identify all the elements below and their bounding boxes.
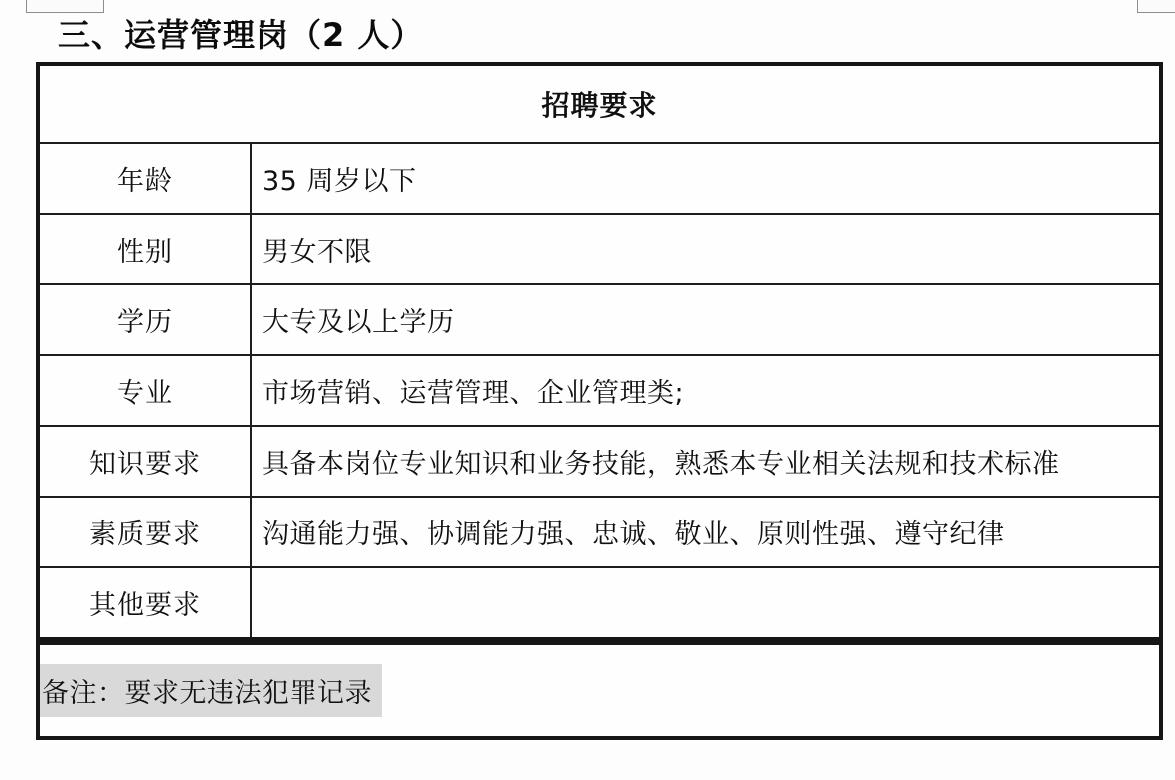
row-value-knowledge: 具备本岗位专业知识和业务技能，熟悉本专业相关法规和技术标准 [252,427,1159,496]
row-label-other: 其他要求 [40,568,252,637]
row-value-quality: 沟通能力强、协调能力强、忠诚、敬业、原则性强、遵守纪律 [252,498,1159,567]
table-row: 知识要求 具备本岗位专业知识和业务技能，熟悉本专业相关法规和技术标准 [40,425,1159,496]
remarks-highlighted-text: 备注：要求无违法犯罪记录 [40,664,382,717]
recruitment-requirements-table: 招聘要求 年龄 35 周岁以下 性别 男女不限 学历 大专及以上学历 专业 市场… [36,62,1163,641]
table-header-cell: 招聘要求 [40,66,1159,142]
row-label-quality: 素质要求 [40,498,252,567]
row-label-age: 年龄 [40,144,252,213]
table-row: 性别 男女不限 [40,213,1159,284]
row-label-major: 专业 [40,356,252,425]
row-value-education: 大专及以上学历 [252,285,1159,354]
cropped-table-fragment-top-right [1137,0,1175,13]
section-title: 三、运营管理岗（2 人） [58,10,423,56]
table-row: 其他要求 [40,566,1159,637]
table-row: 学历 大专及以上学历 [40,283,1159,354]
row-label-knowledge: 知识要求 [40,427,252,496]
table-row: 年龄 35 周岁以下 [40,142,1159,213]
document-page: 三、运营管理岗（2 人） 招聘要求 年龄 35 周岁以下 性别 男女不限 学历 … [0,0,1175,780]
row-label-gender: 性别 [40,215,252,284]
remarks-section: 备注：要求无违法犯罪记录 [36,641,1163,740]
row-value-major: 市场营销、运营管理、企业管理类; [252,356,1159,425]
row-value-age: 35 周岁以下 [252,144,1159,213]
row-label-education: 学历 [40,285,252,354]
row-value-other [252,568,1159,637]
table-row: 专业 市场营销、运营管理、企业管理类; [40,354,1159,425]
row-value-gender: 男女不限 [252,215,1159,284]
table-row: 素质要求 沟通能力强、协调能力强、忠诚、敬业、原则性强、遵守纪律 [40,496,1159,567]
